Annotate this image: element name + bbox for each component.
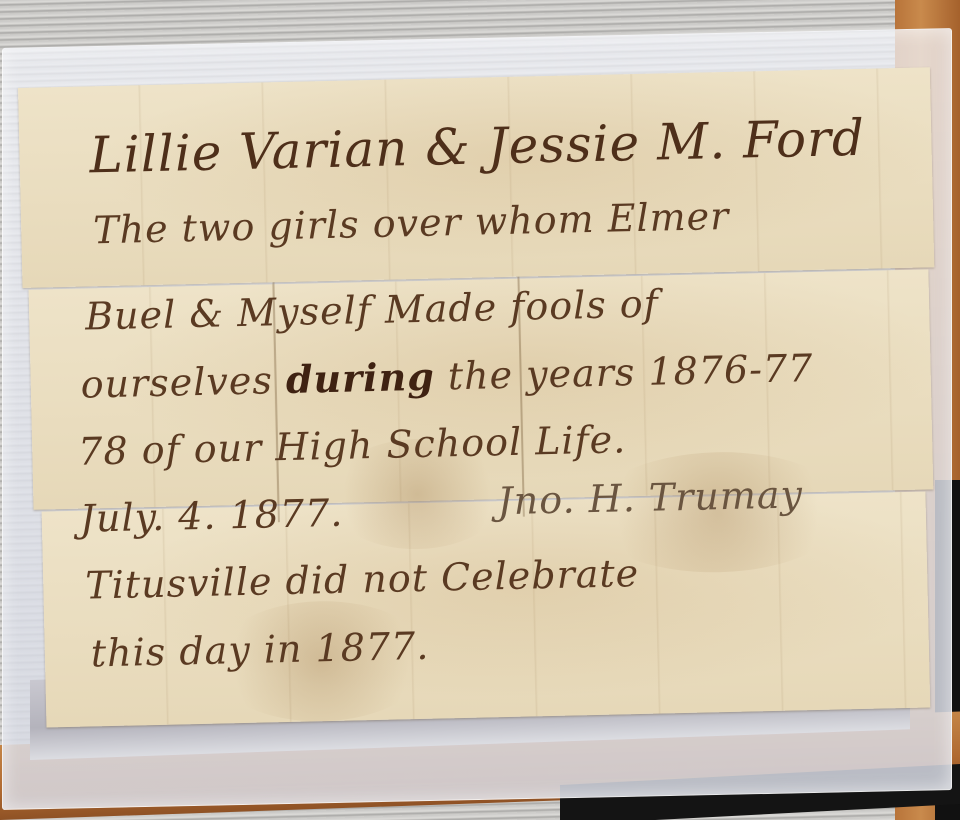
text-segment: the years 1876-77 <box>434 346 814 399</box>
emphasized-word: during <box>285 354 435 402</box>
text-segment: ourselves <box>80 358 286 407</box>
note-line-8: this day in 1877. <box>90 624 429 676</box>
note-date: July. 4. 1877. <box>79 491 343 541</box>
handwritten-note: Lillie Varian & Jessie M. Ford The two g… <box>18 67 944 728</box>
note-signature: Jno. H. Trumay <box>497 472 803 523</box>
